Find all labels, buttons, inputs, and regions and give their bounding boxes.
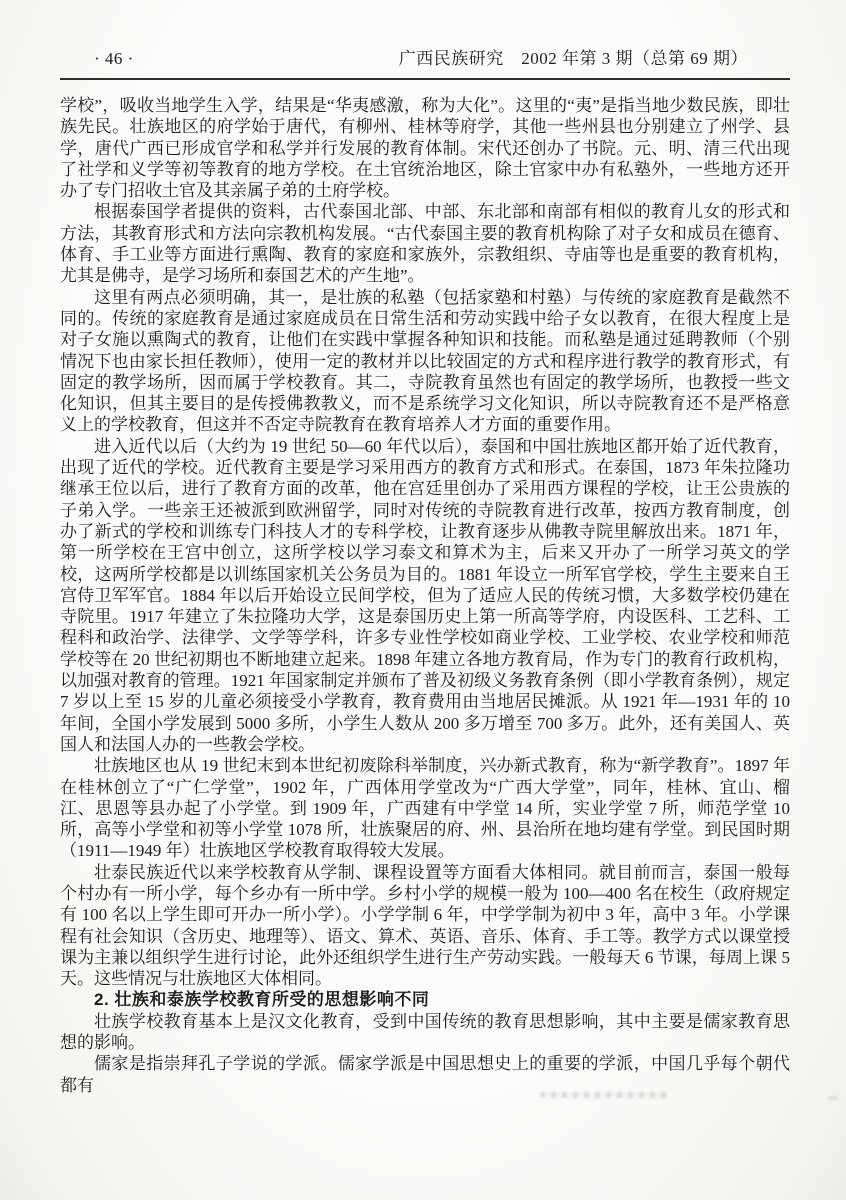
body-paragraph: 壮族学校教育基本上是汉文化教育，受到中国传统的教育思想影响，其中主要是儒家教育思…	[60, 1011, 790, 1054]
journal-title: 广西民族研究 2002 年第 3 期（总第 69 期）	[399, 44, 748, 69]
article-body: 学校”，吸收当地学生入学，结果是“华夷感激，称为大化”。这里的“夷”是指当地少数…	[60, 95, 790, 1096]
body-paragraph: 学校”，吸收当地学生入学，结果是“华夷感激，称为大化”。这里的“夷”是指当地少数…	[60, 95, 790, 201]
scan-artifact	[540, 1092, 668, 1098]
document-page: · 46 · 广西民族研究 2002 年第 3 期（总第 69 期） 学校”，吸…	[0, 0, 846, 1200]
body-paragraph: 儒家是指崇拜孔子学说的学派。儒家学派是中国思想史上的重要的学派，中国几乎每个朝代…	[60, 1053, 790, 1096]
scan-artifact-dot	[828, 1096, 838, 1100]
body-paragraph: 这里有两点必须明确，其一，是壮族的私塾（包括家塾和村塾）与传统的家庭教育是截然不…	[60, 287, 790, 436]
header-rule	[60, 78, 790, 80]
page-number: · 46 ·	[94, 49, 134, 69]
body-paragraph: 壮族地区也从 19 世纪末到本世纪初废除科举制度，兴办新式教育，称为“新学教育”…	[60, 755, 790, 861]
body-paragraph: 壮泰民族近代以来学校教育从学制、课程设置等方面看大体相同。就目前而言，泰国一般每…	[60, 862, 790, 990]
body-paragraph: 根据泰国学者提供的资料，古代泰国北部、中部、东北部和南部有相似的教育儿女的形式和…	[60, 201, 790, 286]
page-header: · 46 · 广西民族研究 2002 年第 3 期（总第 69 期）	[60, 44, 790, 69]
body-paragraph: 进入近代以后（大约为 19 世纪 50—60 年代以后），泰国和中国壮族地区都开…	[60, 436, 790, 755]
section-heading: 2. 壮族和泰族学校教育所受的思想影响不同	[60, 989, 790, 1010]
